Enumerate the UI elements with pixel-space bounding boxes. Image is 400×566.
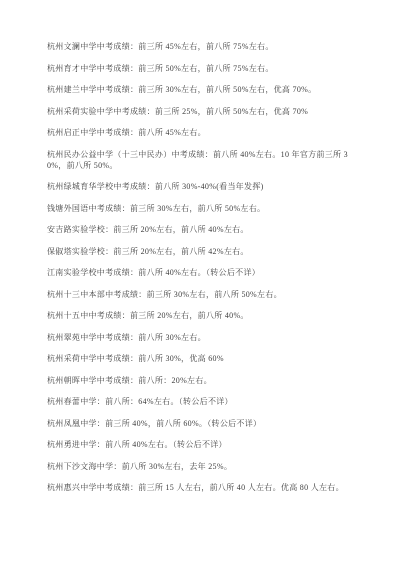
school-result-paragraph: 杭州十五中中考成绩：前三所 20%左右，前八所 40%。 xyxy=(47,310,355,321)
school-result-paragraph: 杭州育才中学中考成绩：前三所 50%左右，前八所 75%左右。 xyxy=(47,63,355,74)
school-result-paragraph: 杭州惠兴中学中考成绩：前三所 15 人左右，前八所 40 人左右。优高 80 人… xyxy=(47,482,355,493)
school-result-paragraph: 杭州采荷实验中学中考成绩：前三所 25%，前八所 50%左右，优高 70% xyxy=(47,106,355,117)
school-result-paragraph: 钱塘外国语中考成绩：前三所 30%左右，前八所 50%左右。 xyxy=(47,203,355,214)
school-result-paragraph: 江南实验学校中考成绩：前八所 40%左右。（转公后不详） xyxy=(47,267,355,278)
school-result-paragraph: 杭州下沙文海中学：前八所 30%左右，去年 25%。 xyxy=(47,461,355,472)
school-result-paragraph: 杭州翠苑中学中考成绩：前八所 30%左右。 xyxy=(47,332,355,343)
school-result-paragraph: 保俶塔实验学校：前三所 20%左右，前八所 42%左右。 xyxy=(47,246,355,257)
school-result-paragraph: 杭州勇进中学：前八所 40%左右。（转公后不详） xyxy=(47,439,355,450)
school-result-paragraph: 杭州建兰中学中考成绩：前三所 30%左右，前八所 50%左右，优高 70%。 xyxy=(47,84,355,95)
school-result-paragraph: 杭州采荷中学中考成绩：前八所 30%，优高 60% xyxy=(47,353,355,364)
school-results-list: 杭州文澜中学中考成绩：前三所 45%左右，前八所 75%左右。杭州育才中学中考成… xyxy=(47,41,355,493)
school-result-paragraph: 杭州凤凰中学：前三所 40%，前八所 60%。（转公后不详） xyxy=(47,418,355,429)
school-result-paragraph: 安吉路实验学校：前三所 20%左右，前八所 40%左右。 xyxy=(47,224,355,235)
school-result-paragraph: 杭州朝晖中学中考成绩：前八所：20%左右。 xyxy=(47,375,355,386)
school-result-paragraph: 杭州十三中本部中考成绩：前三所 30%左右，前八所 50%左右。 xyxy=(47,289,355,300)
school-result-paragraph: 杭州民办公益中学（十三中民办）中考成绩：前八所 40%左右。10 年官方前三所 … xyxy=(47,149,355,171)
document-page: 杭州文澜中学中考成绩：前三所 45%左右，前八所 75%左右。杭州育才中学中考成… xyxy=(0,0,400,566)
school-result-paragraph: 杭州文澜中学中考成绩：前三所 45%左右，前八所 75%左右。 xyxy=(47,41,355,52)
school-result-paragraph: 杭州绿城育华学校中考成绩：前八所 30%-40%(看当年发挥) xyxy=(47,181,355,192)
school-result-paragraph: 杭州启正中学中考成绩：前八所 45%左右。 xyxy=(47,127,355,138)
school-result-paragraph: 杭州春蕾中学：前八所：64%左右。（转公后不详） xyxy=(47,396,355,407)
